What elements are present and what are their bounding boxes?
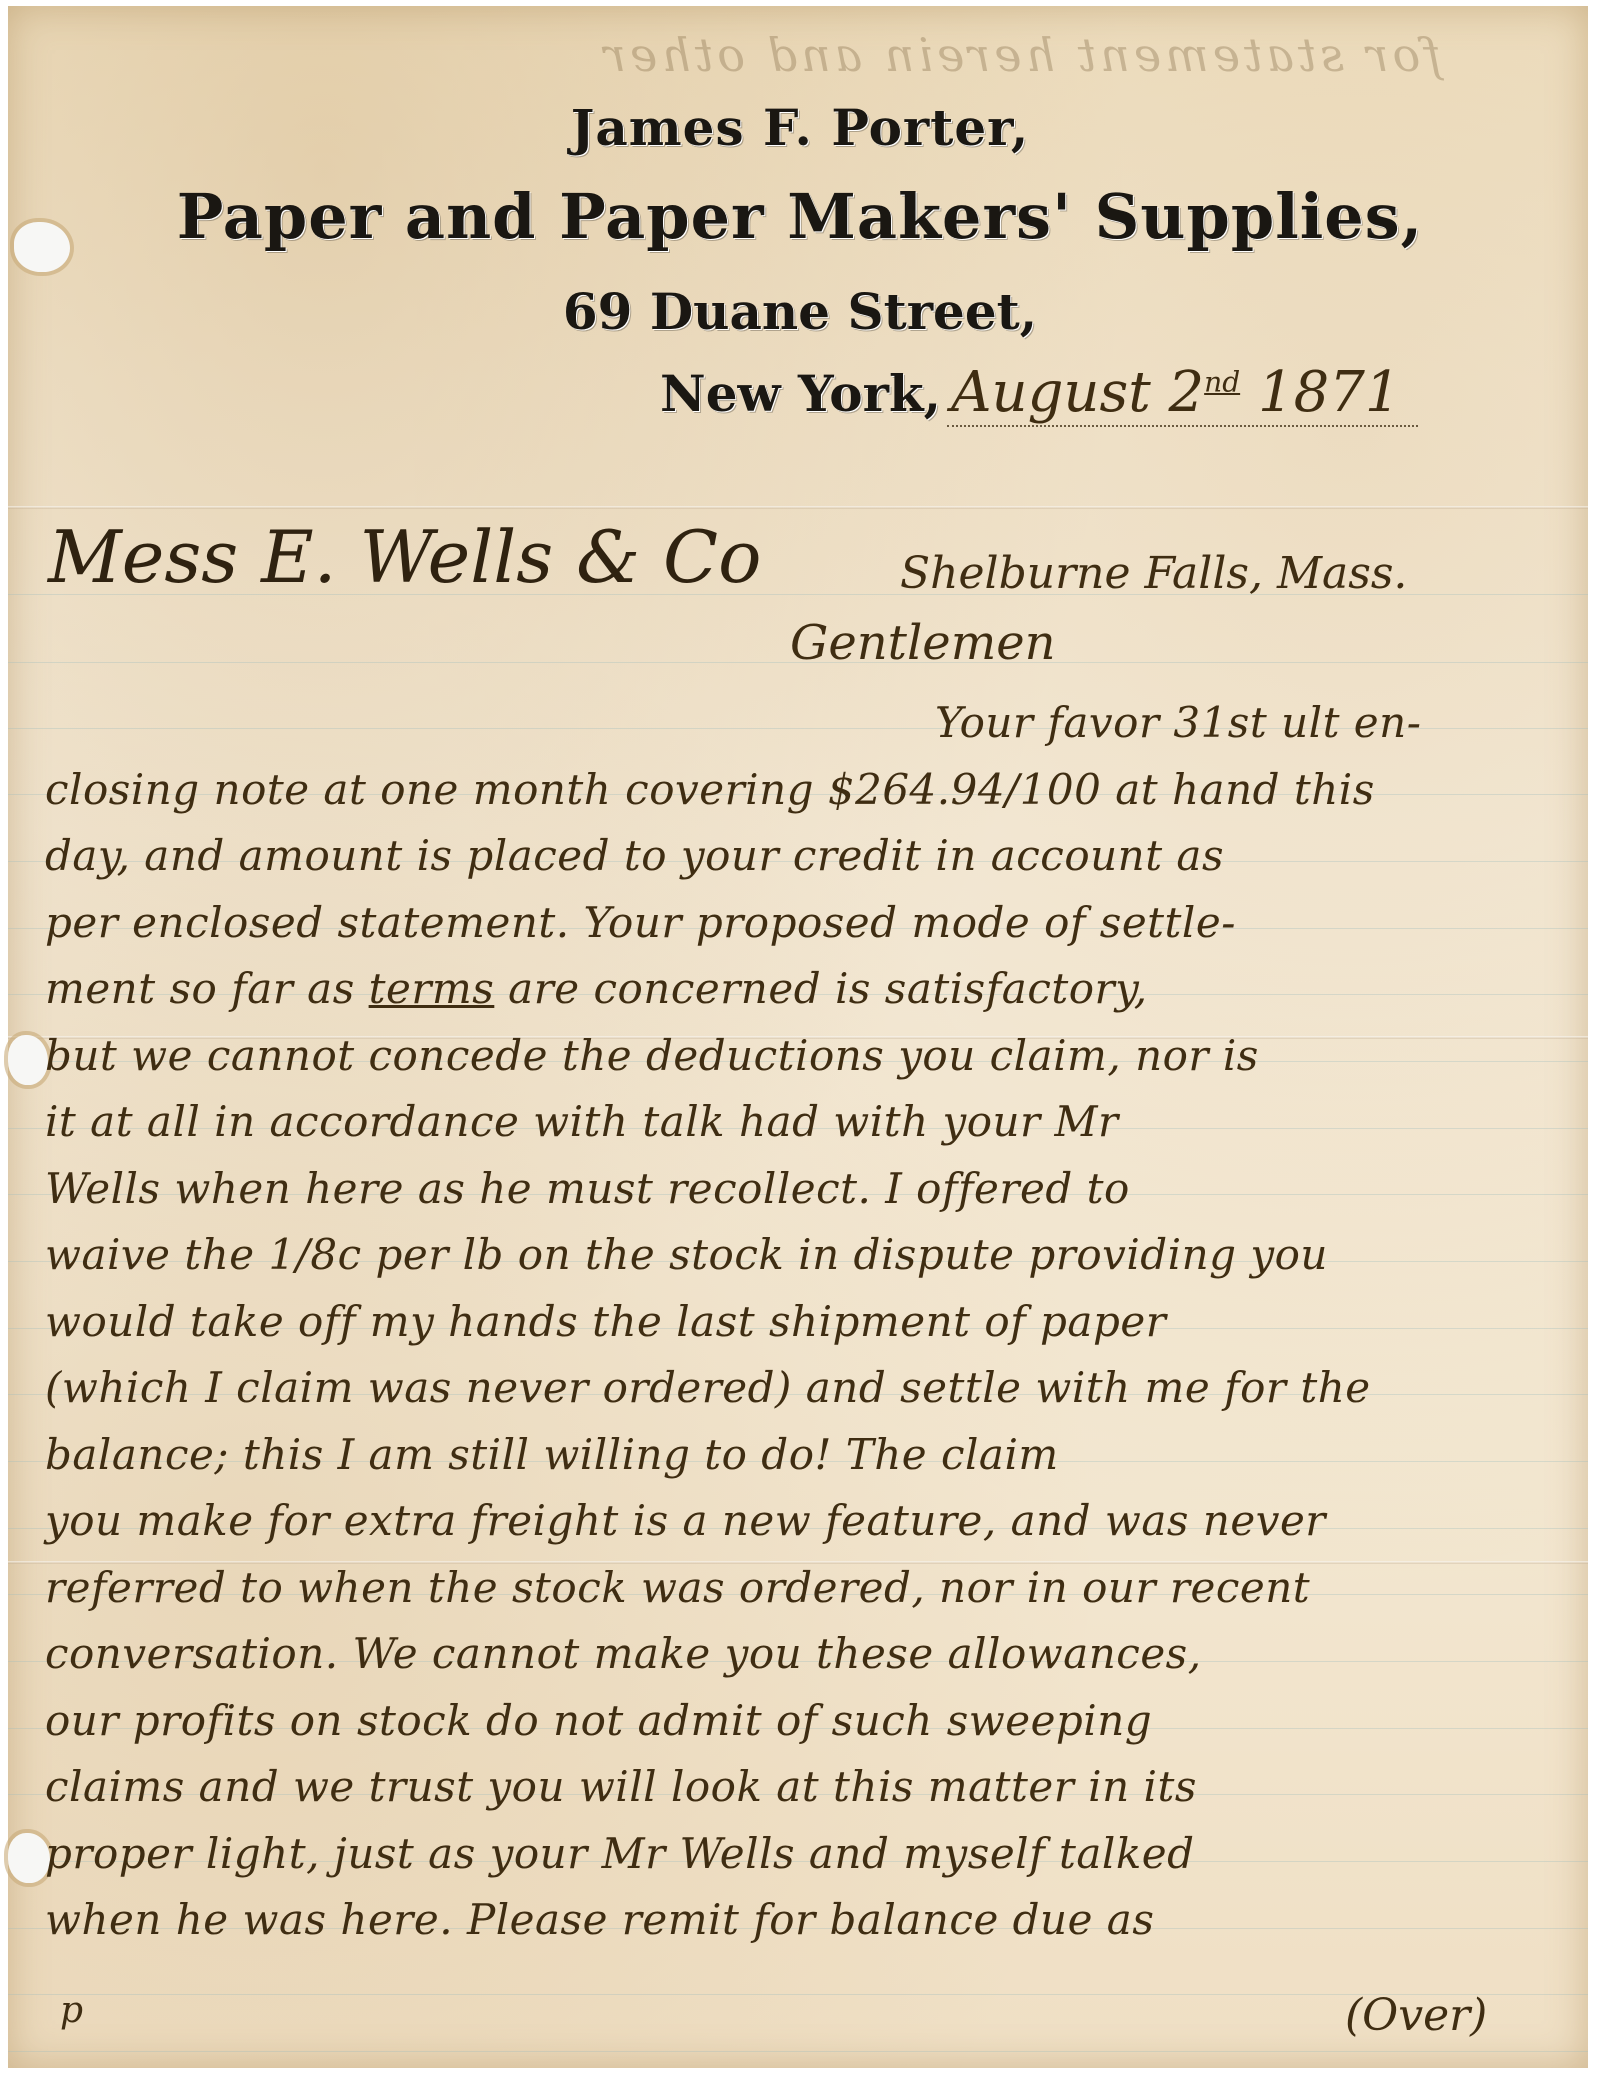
body-line: conversation. We cannot make you these a… xyxy=(45,1621,1565,1688)
body-line: but we cannot concede the deductions you… xyxy=(45,1023,1565,1090)
punch-hole xyxy=(8,1833,50,1883)
letterhead-name: James F. Porter, xyxy=(0,98,1600,157)
bleed-through-text: for statement herein and other xyxy=(600,28,1441,82)
date-year: 1871 xyxy=(1258,360,1401,425)
date-ordinal: nd xyxy=(1204,365,1240,398)
dateline: New York, August 2nd 1871 xyxy=(660,360,1418,427)
body-line: (which I claim was never ordered) and se… xyxy=(45,1355,1565,1422)
letterhead-trade: Paper and Paper Makers' Supplies, xyxy=(0,180,1600,253)
recipient-name: Mess E. Wells & Co xyxy=(48,515,762,599)
body-line: ment so far as terms are concerned is sa… xyxy=(45,956,1565,1023)
underlined-word: terms xyxy=(369,964,495,1013)
body-line: our profits on stock do not admit of suc… xyxy=(45,1688,1565,1755)
body-line: Your favor 31st ult en- xyxy=(45,690,1565,757)
body-line: closing note at one month covering $264.… xyxy=(45,757,1565,824)
writer-initials: p xyxy=(60,1990,83,2031)
body-line: waive the 1/8c per lb on the stock in di… xyxy=(45,1222,1565,1289)
continued-over-note: (Over) xyxy=(1345,1990,1487,2041)
date-month-day: August 2 xyxy=(951,360,1204,425)
greeting: Gentlemen xyxy=(790,615,1056,671)
body-line: per enclosed statement. Your proposed mo… xyxy=(45,890,1565,957)
paper-fold xyxy=(8,506,1588,509)
body-line: balance; this I am still willing to do! … xyxy=(45,1422,1565,1489)
letterhead-city: New York, xyxy=(660,364,941,423)
body-line: Wells when here as he must recollect. I … xyxy=(45,1156,1565,1223)
letter-date: August 2nd 1871 xyxy=(947,360,1418,427)
punch-hole xyxy=(8,1035,48,1085)
body-line: when he was here. Please remit for balan… xyxy=(45,1887,1565,1954)
letter-body: Your favor 31st ult en- closing note at … xyxy=(45,690,1565,1954)
body-line: you make for extra freight is a new feat… xyxy=(45,1488,1565,1555)
letterhead-street: 69 Duane Street, xyxy=(0,282,1600,341)
body-line: would take off my hands the last shipmen… xyxy=(45,1289,1565,1356)
body-line: referred to when the stock was ordered, … xyxy=(45,1555,1565,1622)
body-line: proper light, just as your Mr Wells and … xyxy=(45,1821,1565,1888)
ruled-line xyxy=(8,2051,1588,2052)
body-line: day, and amount is placed to your credit… xyxy=(45,823,1565,890)
recipient-place: Shelburne Falls, Mass. xyxy=(900,548,1407,599)
body-line: it at all in accordance with talk had wi… xyxy=(45,1089,1565,1156)
body-line: claims and we trust you will look at thi… xyxy=(45,1754,1565,1821)
